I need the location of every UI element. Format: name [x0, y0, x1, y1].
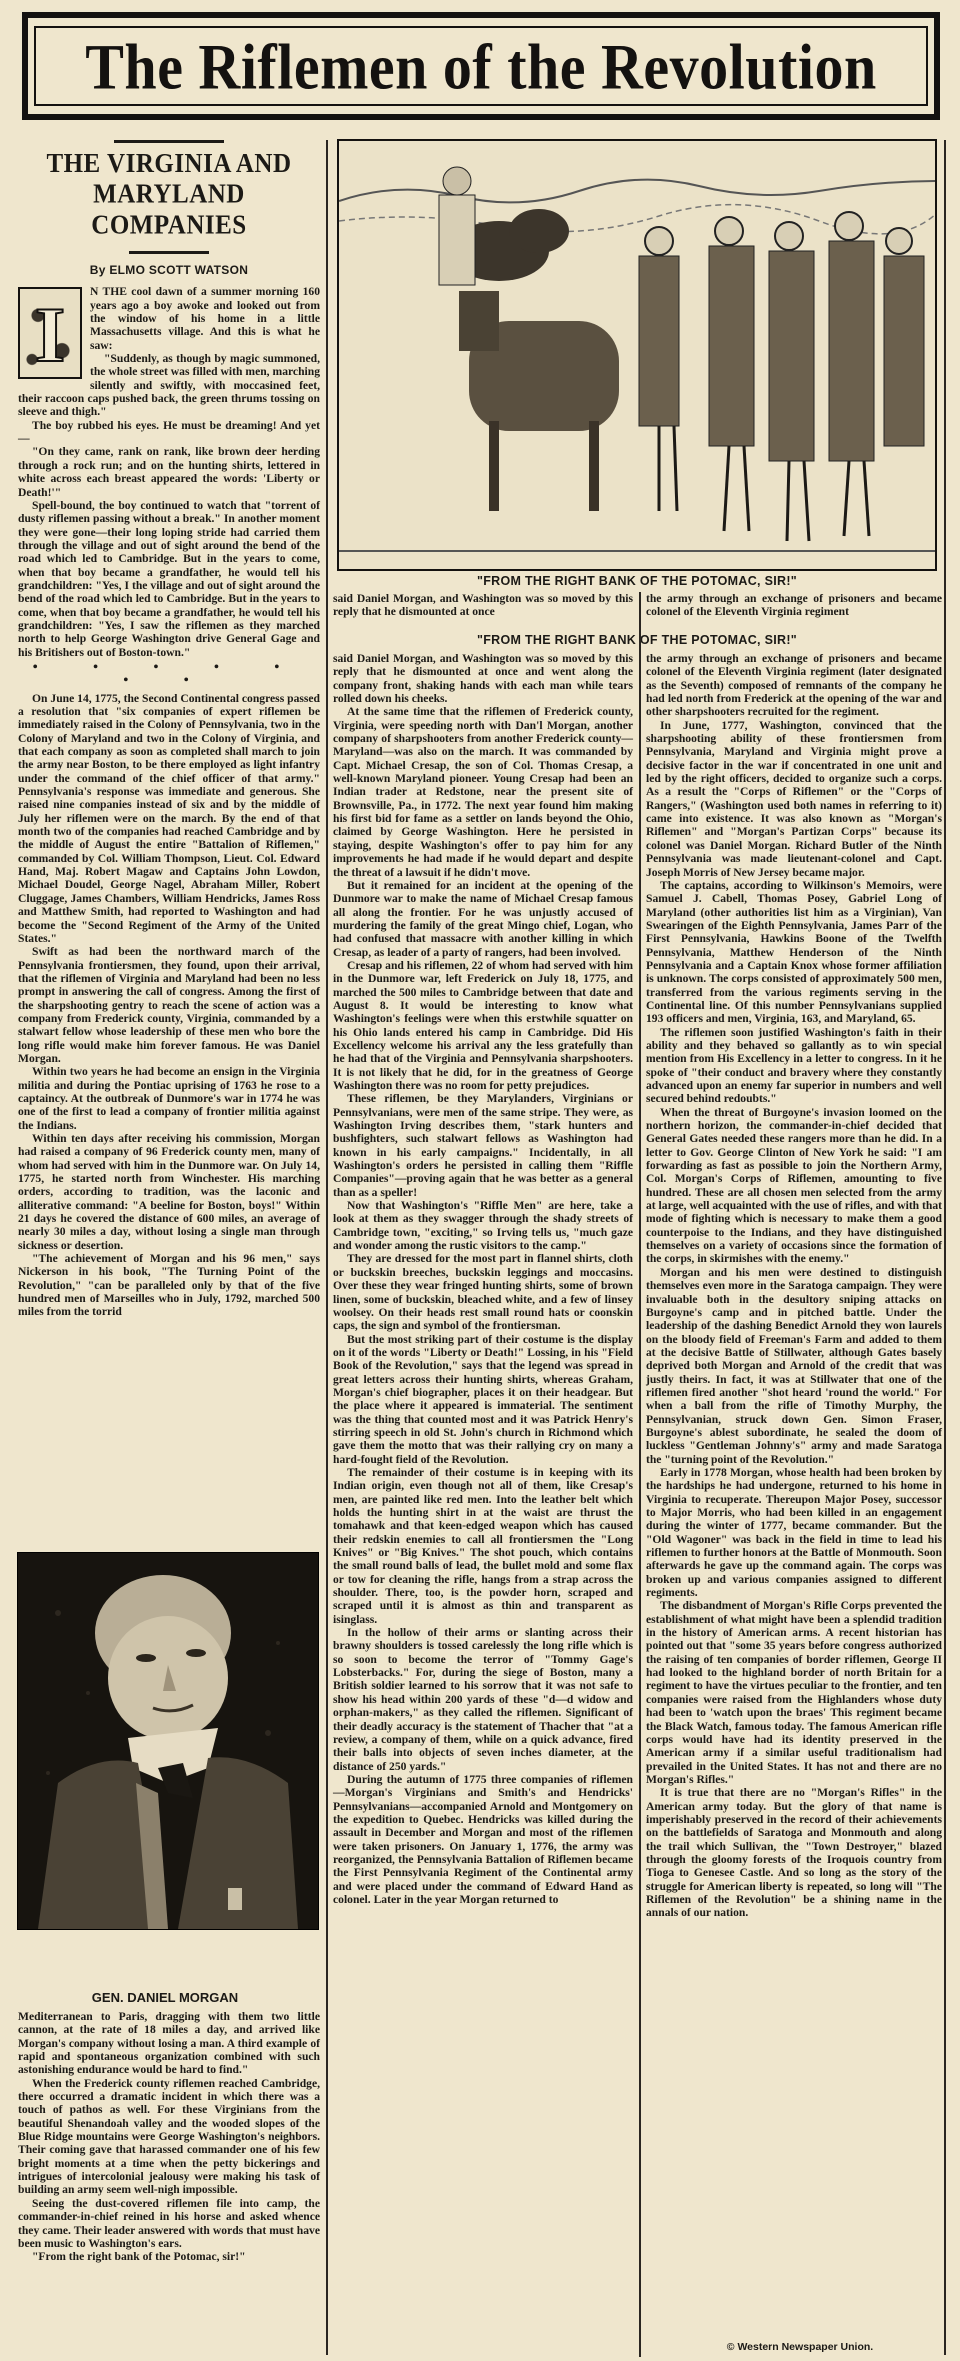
- paragraph: Within two years he had become an ensign…: [18, 1065, 320, 1132]
- paragraph: Morgan and his men were destined to dist…: [646, 1266, 942, 1466]
- column-divider: [639, 592, 641, 2357]
- section-break: • • • • • • •: [18, 661, 320, 688]
- column-2: said Daniel Morgan, and Washington was s…: [333, 652, 633, 1906]
- paragraph: Mediterranean to Paris, dragging with th…: [18, 2010, 320, 2077]
- column-1-continued: Mediterranean to Paris, dragging with th…: [18, 2010, 320, 2264]
- portrait-caption: GEN. DANIEL MORGAN: [0, 1990, 330, 2005]
- paragraph: The captains, according to Wilkinson's M…: [646, 879, 942, 1026]
- paragraph: Now that Washington's "Riffle Men" are h…: [333, 1199, 633, 1252]
- article-subhead: THE VIRGINIA AND MARYLAND COMPANIES: [18, 149, 320, 241]
- column-divider: [326, 140, 328, 2355]
- paragraph: Within ten days after receiving his comm…: [18, 1132, 320, 1252]
- divider: [114, 140, 224, 143]
- paragraph: "On they came, rank on rank, like brown …: [18, 445, 320, 498]
- dropcap-ornament: I: [18, 287, 82, 379]
- paragraph: The riflemen soon justified Washington's…: [646, 1026, 942, 1106]
- illustration-washington-greets-riflemen: [337, 139, 937, 571]
- paragraph: Cresap and his riflemen, 22 of whom had …: [333, 959, 633, 1092]
- column-3-top-fragment: the army through an exchange of prisoner…: [646, 592, 942, 619]
- paragraph: The boy rubbed his eyes. He must be drea…: [18, 419, 320, 446]
- portrait-image: [18, 1553, 318, 1929]
- paragraph: the army through an exchange of prisoner…: [646, 652, 942, 719]
- paragraph: In June, 1777, Washington, convinced tha…: [646, 719, 942, 879]
- portrait-daniel-morgan: [17, 1552, 319, 1930]
- dropcap-letter: I: [20, 293, 80, 377]
- paragraph: On June 14, 1775, the Second Continental…: [18, 692, 320, 946]
- paragraph: Spell-bound, the boy continued to watch …: [18, 499, 320, 659]
- paragraph: said Daniel Morgan, and Washington was s…: [333, 652, 633, 705]
- paragraph: the army through an exchange of prisoner…: [646, 592, 942, 619]
- paragraph: It is true that there are no "Morgan's R…: [646, 1786, 942, 1919]
- paragraph: "The achievement of Morgan and his 96 me…: [18, 1252, 320, 1319]
- paragraph: During the autumn of 1775 three companie…: [333, 1773, 633, 1906]
- paragraph: In the hollow of their arms or slanting …: [333, 1626, 633, 1773]
- illustration-caption-repeat: "FROM THE RIGHT BANK OF THE POTOMAC, SIR…: [337, 633, 937, 647]
- engraving-image: [339, 141, 937, 571]
- column-2-top-fragment: said Daniel Morgan, and Washington was s…: [333, 592, 633, 619]
- paragraph: When the threat of Burgoyne's invasion l…: [646, 1106, 942, 1266]
- page-title: The Riflemen of the Revolution: [85, 28, 877, 103]
- paragraph: said Daniel Morgan, and Washington was s…: [333, 592, 633, 619]
- paragraph: They are dressed for the most part in fl…: [333, 1252, 633, 1332]
- paragraph: Seeing the dust-covered riflemen file in…: [18, 2197, 320, 2250]
- page-right-rule: [944, 140, 946, 2355]
- copyright-notice: © Western Newspaper Union.: [640, 2341, 960, 2353]
- paragraph: The remainder of their costume is in kee…: [333, 1466, 633, 1626]
- paragraph: Swift as had been the northward march of…: [18, 945, 320, 1065]
- illustration-caption: "FROM THE RIGHT BANK OF THE POTOMAC, SIR…: [337, 574, 937, 588]
- byline: By ELMO SCOTT WATSON: [18, 264, 320, 277]
- divider: [129, 251, 209, 254]
- paragraph: But the most striking part of their cost…: [333, 1333, 633, 1466]
- masthead-frame: The Riflemen of the Revolution: [34, 26, 928, 106]
- paragraph: Early in 1778 Morgan, whose health had b…: [646, 1466, 942, 1599]
- newspaper-page: The Riflemen of the Revolution THE VIRGI…: [0, 0, 960, 2361]
- column-1: THE VIRGINIA AND MARYLAND COMPANIES By E…: [18, 140, 320, 1319]
- closing-quote: "From the right bank of the Potomac, sir…: [18, 2250, 320, 2263]
- paragraph: At the same time that the riflemen of Fr…: [333, 705, 633, 878]
- column-3: the army through an exchange of prisoner…: [646, 652, 942, 1920]
- paragraph: The disbandment of Morgan's Rifle Corps …: [646, 1599, 942, 1786]
- paragraph: These riflemen, be they Marylanders, Vir…: [333, 1092, 633, 1199]
- masthead: The Riflemen of the Revolution: [22, 12, 940, 120]
- paragraph: But it remained for an incident at the o…: [333, 879, 633, 959]
- paragraph: When the Frederick county riflemen reach…: [18, 2077, 320, 2197]
